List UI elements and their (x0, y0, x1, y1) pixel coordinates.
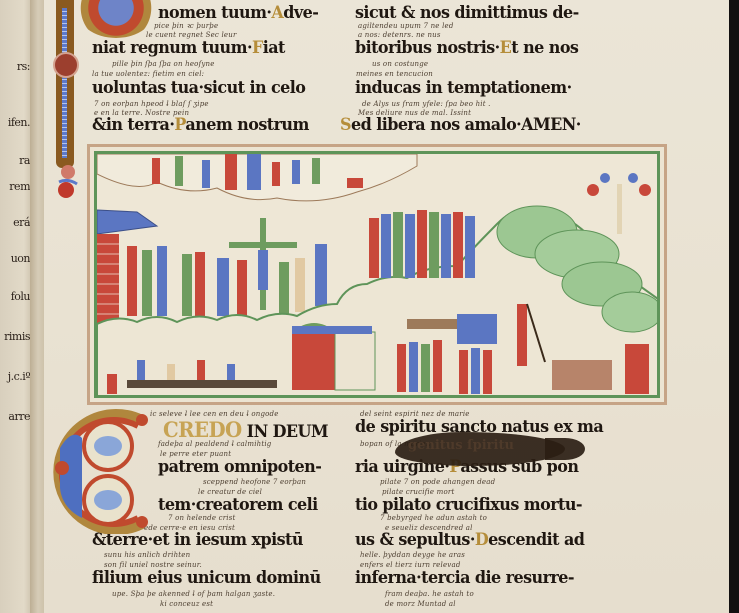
text-line: nomen tuum·Adve- (158, 3, 318, 23)
left-page-edge: rs:ifen.raremeráuonfolurimisj.c.iºarre (0, 0, 34, 613)
left-page-fragment: ra (0, 154, 30, 167)
text-line: inferna·tercia die resurre- (355, 568, 574, 588)
left-page-fragment: j.c.iº (0, 370, 30, 383)
crucifixion-figures (127, 218, 327, 316)
apostles-crowd (369, 210, 475, 278)
gold-initial: E (500, 38, 512, 58)
gloss-line: ki conceuz est (160, 600, 213, 608)
gloss-line: agiltendeu upum 7 ne led (358, 22, 454, 30)
text-line: CREDO IN DEUM (163, 417, 328, 442)
gold-initial: D (475, 530, 488, 550)
text-line: us & sepultus·Descendit ad (355, 530, 584, 550)
gloss-line: de Alys us ſram yfele: ſpa beo hit . (362, 100, 491, 108)
knot-ornament-icon (53, 52, 79, 78)
text-line: uoluntas tua·sicut in celo (92, 78, 305, 98)
gloss-line: pilate 7 on pode ahangen dead (380, 478, 495, 486)
gloss-line: sunu his anlich drihten (104, 551, 190, 559)
gold-initial: S (340, 115, 351, 135)
gloss-line: 7 on eorþan hpeod ƚ blaſ ſ ʒipe (94, 100, 209, 108)
text-line: Sed libera nos amalo·AMEN· (340, 115, 581, 135)
gloss-line: meines en tencucion (356, 70, 433, 78)
text-line: inducas in temptationem· (355, 78, 572, 98)
gloss-line: la tue uolentez: fietim en ciel: (92, 70, 204, 78)
left-page-fragment: folu (0, 290, 30, 303)
gloss-line: fadeþa al pealdend ƚ calmihtig (158, 440, 272, 448)
left-page-fragment: ifen. (0, 116, 30, 129)
text-line: sicut & nos dimittimus de- (355, 3, 579, 23)
gloss-line: helle. þyddan deyge he aras (360, 551, 465, 559)
ink-blot-text: genitus ſpiritu (408, 438, 514, 453)
left-page-fragment: arre (0, 410, 30, 423)
dark-edge (729, 0, 739, 613)
left-page-fragment: erá (0, 216, 30, 229)
left-page-fragment: rimis (0, 330, 30, 343)
crucifixion-scene (97, 154, 660, 398)
miniature-illustration (87, 144, 667, 405)
gold-initial: P (174, 115, 185, 135)
gloss-line: 7 on helende crist (168, 514, 236, 522)
gloss-line: us on costunge (372, 60, 428, 68)
gloss-line: pice þin ꝛc þurþe (154, 22, 218, 31)
gloss-line: 7 bebyrged he adun astah to (380, 514, 487, 522)
text-line: tio pilato crucifixus mortu- (355, 495, 582, 515)
ink-blot-tail (545, 438, 585, 460)
text-line: tem·creatorem celi (158, 495, 318, 515)
gold-initial: A (271, 3, 283, 23)
text-line: bitoribus nostris·Et ne nos (355, 38, 578, 58)
gloss-line: sceppend heofone 7 eorþan (203, 478, 306, 486)
gloss-line: de morz Muntad al (385, 600, 456, 608)
text-line: filium eius unicum dominū (92, 568, 321, 588)
text-line: patrem omnipoten- (158, 457, 321, 477)
c-initial-illuminated (42, 408, 154, 534)
p-initial-stem (56, 0, 74, 168)
text-line: &in terra·Panem nostrum (92, 115, 309, 135)
gloss-line: pille þin ſþa ſþa on heoſyne (112, 60, 215, 68)
left-page-fragment: uon (0, 252, 30, 265)
gloss-line: upe. Sþa þe akenned ƚ of þam halgan ʒast… (112, 590, 275, 598)
gold-initial: F (252, 38, 263, 58)
left-page-fragment: rs: (0, 60, 30, 73)
text-line: niat regnum tuum·Fiat (92, 38, 285, 58)
manuscript-view: rs:ifen.raremeráuonfolurimisj.c.iºarre n… (0, 0, 739, 613)
leaf-ornament-icon (57, 162, 79, 202)
gold-initial: CREDO (163, 417, 242, 442)
gloss-line: fram deaþa. he astah to (385, 590, 474, 598)
left-page-fragment: rem (0, 180, 30, 193)
